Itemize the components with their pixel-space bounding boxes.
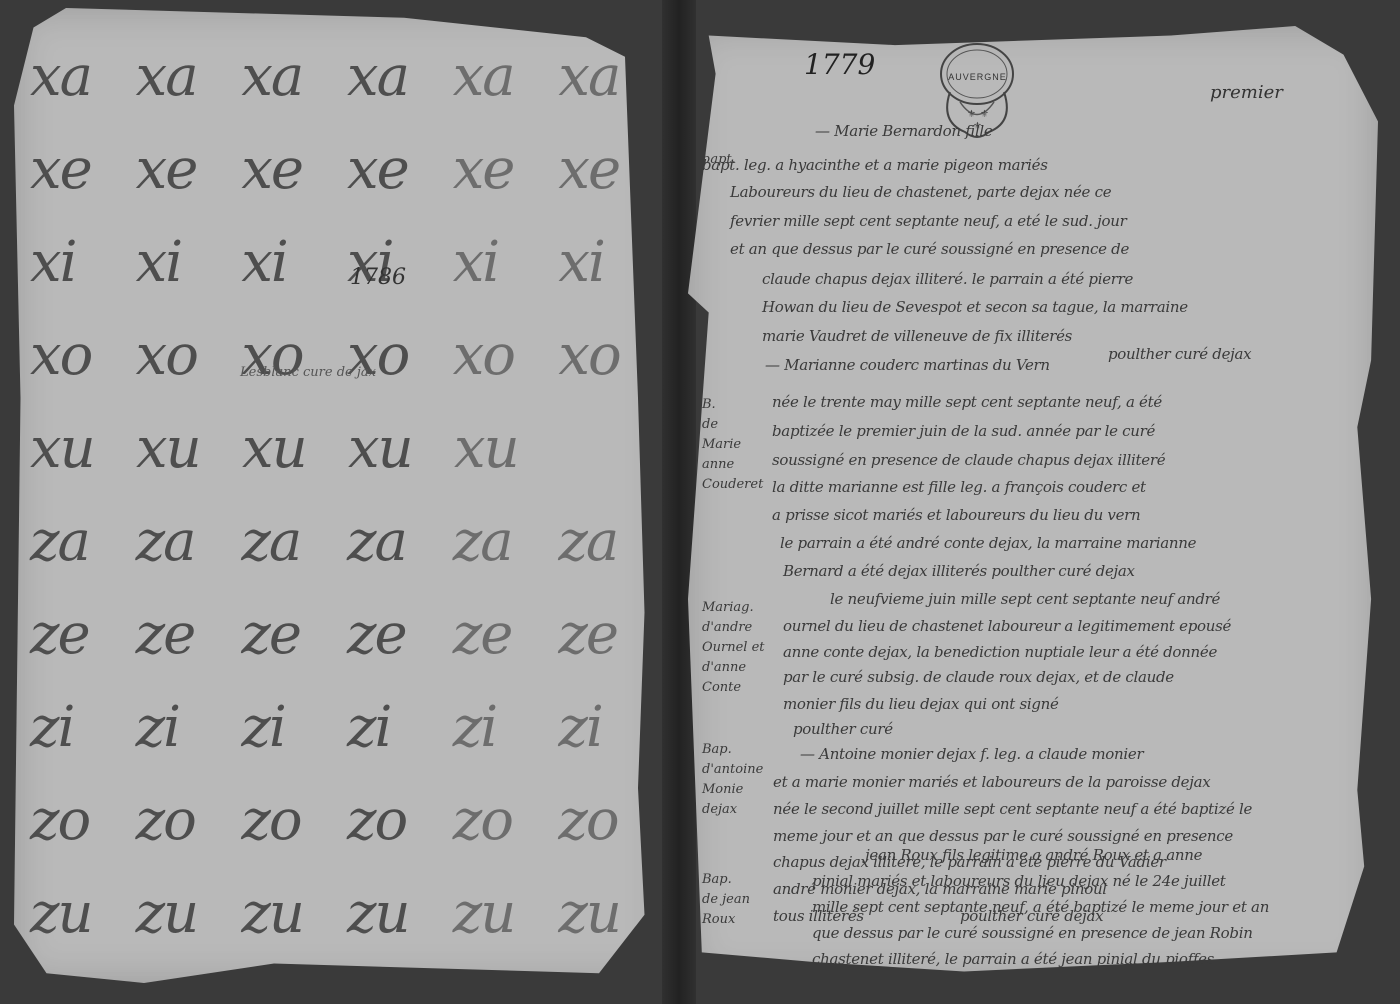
register-line: — Marianne couderc martinas du Vern bbox=[765, 356, 1050, 374]
practice-syllable: zo bbox=[136, 788, 228, 853]
margin-note: B. de Marie anne Couderet bbox=[702, 395, 763, 495]
practice-row-ze: zezezezezeze bbox=[30, 588, 650, 681]
practice-syllable: zo bbox=[241, 788, 333, 853]
register-line: Laboureurs du lieu de chastenet, parte d… bbox=[730, 183, 1111, 201]
practice-syllable: zi bbox=[136, 695, 228, 760]
register-line: par le curé subsig. de claude roux dejax… bbox=[783, 668, 1174, 686]
practice-syllable: zu bbox=[453, 881, 545, 946]
register-line: née le second juillet mille sept cent se… bbox=[773, 800, 1252, 818]
practice-syllable: xe bbox=[136, 137, 228, 202]
practice-syllable: zu bbox=[30, 881, 122, 946]
register-header-word: premier bbox=[1210, 82, 1283, 103]
practice-syllable: ze bbox=[136, 602, 228, 667]
practice-row-zi: zizizizizizi bbox=[30, 681, 650, 774]
register-line: a prisse sicot mariés et laboureurs du l… bbox=[772, 506, 1140, 524]
register-line: claude chapus dejax illiteré. le parrain… bbox=[762, 270, 1133, 288]
practice-syllable: zu bbox=[558, 881, 650, 946]
register-line: pinial mariés et laboureurs du lieu deja… bbox=[812, 872, 1226, 890]
register-line: anne conte dejax, la benediction nuptial… bbox=[783, 643, 1217, 661]
register-line: poulther curé bbox=[793, 720, 893, 738]
register-line: et an que dessus par le curé soussigné e… bbox=[730, 240, 1129, 258]
practice-syllable: xi bbox=[30, 230, 122, 295]
register-line: chastenet illiteré, le parrain a été jea… bbox=[812, 950, 1214, 968]
practice-row-zo: zozozozozozo bbox=[30, 774, 650, 867]
register-line: — Antoine monier dejax f. leg. a claude … bbox=[800, 745, 1143, 763]
practice-syllable: zo bbox=[558, 788, 650, 853]
practice-syllable: xu bbox=[242, 416, 334, 481]
practice-row-xi: xixixixixixi bbox=[30, 216, 650, 309]
register-line: jean Roux fils legitime a andré Roux et … bbox=[865, 846, 1202, 864]
practice-syllable: xo bbox=[453, 323, 545, 388]
practice-syllable: xo bbox=[30, 323, 122, 388]
margin-note: bapt. bbox=[702, 150, 736, 170]
practice-row-xu: xuxuxuxuxu bbox=[30, 402, 650, 495]
margin-note: Bap. de jean Roux bbox=[702, 870, 750, 930]
practice-syllable: xu bbox=[136, 416, 228, 481]
practice-syllable: zu bbox=[136, 881, 228, 946]
register-year: 1779 bbox=[804, 48, 875, 81]
practice-syllable: xe bbox=[241, 137, 333, 202]
practice-syllable: xu bbox=[30, 416, 122, 481]
practice-syllable: zo bbox=[30, 788, 122, 853]
svg-text:⚜: ⚜ bbox=[967, 109, 976, 120]
register-line: monier fils du lieu dejax qui ont signé bbox=[783, 695, 1059, 713]
practice-syllable: za bbox=[30, 509, 122, 574]
practice-syllable: zo bbox=[453, 788, 545, 853]
practice-syllable: ze bbox=[453, 602, 545, 667]
practice-row-xo: xoxoxoxoxoxo bbox=[30, 309, 650, 402]
svg-text:⚜: ⚜ bbox=[980, 109, 989, 120]
register-line: meme jour et an que dessus par le curé s… bbox=[773, 827, 1233, 845]
register-line: le neufvieme juin mille sept cent septan… bbox=[830, 590, 1220, 608]
practice-syllable: xu bbox=[348, 416, 440, 481]
practice-row-xa: xaxaxaxaxaxa bbox=[30, 30, 650, 123]
practice-syllable: zi bbox=[558, 695, 650, 760]
register-line: marie Vaudret de villeneuve de fix illit… bbox=[762, 327, 1072, 345]
practice-row-za: zazazazazaza bbox=[30, 495, 650, 588]
left-year-note: 1786 bbox=[350, 265, 406, 290]
practice-syllable: xu bbox=[454, 416, 546, 481]
register-line: baptizée le premier juin de la sud. anné… bbox=[772, 422, 1155, 440]
register-line: que dessus par le curé soussigné en pres… bbox=[812, 924, 1253, 942]
practice-row-xe: xexexexexexe bbox=[30, 123, 650, 216]
calligraphy-practice-grid: xaxaxaxaxaxaxexexexexexexixixixixixixoxo… bbox=[30, 30, 650, 960]
practice-syllable: zi bbox=[241, 695, 333, 760]
practice-syllable: xi bbox=[558, 230, 650, 295]
practice-syllable: xa bbox=[558, 44, 650, 109]
practice-syllable: xa bbox=[136, 44, 228, 109]
practice-syllable: zi bbox=[30, 695, 122, 760]
practice-syllable: xi bbox=[136, 230, 228, 295]
practice-syllable: xa bbox=[241, 44, 333, 109]
register-line: Bernard a été dejax illiterés poulther c… bbox=[783, 562, 1135, 580]
practice-syllable: za bbox=[136, 509, 228, 574]
practice-syllable: zi bbox=[453, 695, 545, 760]
practice-syllable: xe bbox=[30, 137, 122, 202]
practice-syllable: xo bbox=[558, 323, 650, 388]
practice-syllable: zi bbox=[347, 695, 439, 760]
practice-syllable: xa bbox=[30, 44, 122, 109]
register-line: poulther curé dejax bbox=[1108, 345, 1251, 363]
margin-note: Bap. d'antoine Monie dejax bbox=[702, 740, 763, 820]
practice-syllable: za bbox=[453, 509, 545, 574]
practice-syllable: za bbox=[347, 509, 439, 574]
register-line: bapt. leg. a hyacinthe et a marie pigeon… bbox=[702, 156, 1048, 174]
practice-syllable: xe bbox=[347, 137, 439, 202]
practice-syllable: za bbox=[241, 509, 333, 574]
practice-syllable: ze bbox=[30, 602, 122, 667]
practice-syllable: ze bbox=[558, 602, 650, 667]
stamp-text: AUVERGNE bbox=[920, 72, 1035, 82]
practice-syllable: xi bbox=[241, 230, 333, 295]
register-line: et a marie monier mariés et laboureurs d… bbox=[773, 773, 1210, 791]
register-line: ournel du lieu de chastenet laboureur a … bbox=[783, 617, 1231, 635]
practice-syllable: xo bbox=[136, 323, 228, 388]
practice-syllable: zu bbox=[347, 881, 439, 946]
register-line: soussigné en presence de claude chapus d… bbox=[772, 451, 1165, 469]
register-line: née le trente may mille sept cent septan… bbox=[772, 393, 1162, 411]
practice-syllable: xa bbox=[347, 44, 439, 109]
practice-syllable: zu bbox=[241, 881, 333, 946]
binding-spine bbox=[662, 0, 696, 1004]
margin-note: Mariag. d'andre Ournel et d'anne Conte bbox=[702, 598, 765, 698]
register-line: fevrier mille sept cent septante neuf, a… bbox=[730, 212, 1127, 230]
practice-syllable: xa bbox=[453, 44, 545, 109]
register-line: le parrain a été andré conte dejax, la m… bbox=[780, 534, 1196, 552]
practice-syllable: xe bbox=[453, 137, 545, 202]
practice-row-zu: zuzuzuzuzuzu bbox=[30, 867, 650, 960]
register-line: mille sept cent septante neuf, a été bap… bbox=[812, 898, 1269, 916]
left-scribble-note: Lesblanc cure de jax bbox=[240, 365, 376, 380]
practice-syllable: xi bbox=[453, 230, 545, 295]
register-line: la ditte marianne est fille leg. a franç… bbox=[772, 478, 1146, 496]
register-line: — Marie Bernardon fille bbox=[815, 122, 993, 140]
practice-syllable: xe bbox=[558, 137, 650, 202]
practice-syllable: zo bbox=[347, 788, 439, 853]
practice-syllable: ze bbox=[241, 602, 333, 667]
register-line: Howan du lieu de Sevespot et secon sa ta… bbox=[762, 298, 1188, 316]
practice-syllable: ze bbox=[347, 602, 439, 667]
practice-syllable: za bbox=[558, 509, 650, 574]
